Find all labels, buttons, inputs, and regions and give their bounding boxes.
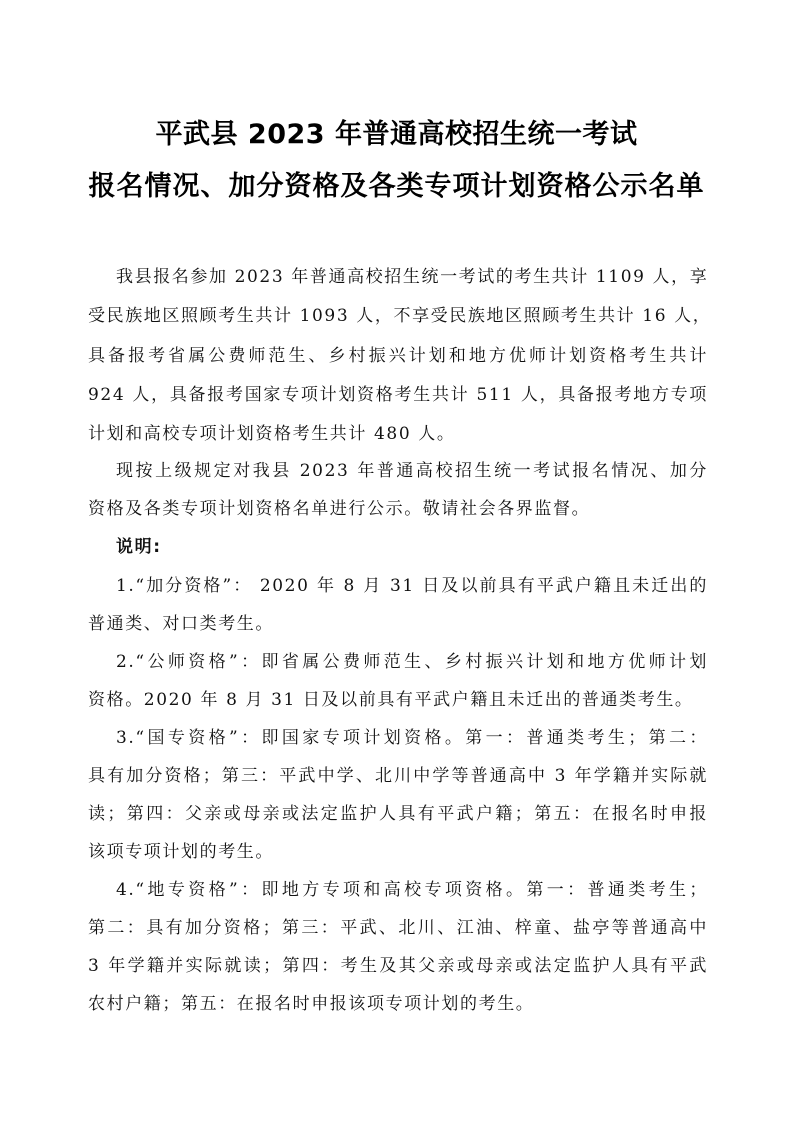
note-line: 该项专项计划的考生。: [88, 841, 708, 863]
note-line: 农村户籍；第五：在报名时申报该项专项计划的考生。: [88, 993, 708, 1015]
document-title-line-2: 报名情况、加分资格及各类专项计划资格公示名单: [0, 164, 793, 203]
note-line: 第二：具有加分资格；第三：平武、北川、江油、梓童、盐亭等普通高中: [88, 917, 708, 939]
note-line: 2.“公师资格”：即省属公费师范生、乡村振兴计划和地方优师计划: [116, 651, 708, 673]
summary-line: 我县报名参加 2023 年普通高校招生统一考试的考生共计 1109 人，享: [116, 266, 708, 288]
summary-line: 具备报考省属公费师范生、乡村振兴计划和地方优师计划资格考生共计: [88, 345, 708, 367]
note-line: 普通类、对口类考生。: [88, 613, 708, 635]
note-line: 3.“国专资格”：即国家专项计划资格。第一：普通类考生；第二：: [116, 727, 708, 749]
note-line: 4.“地专资格”：即地方专项和高校专项资格。第一：普通类考生；: [116, 879, 708, 901]
summary-line: 受民族地区照顾考生共计 1093 人，不享受民族地区照顾考生共计 16 人，: [88, 305, 708, 327]
note-line: 资格。2020 年 8 月 31 日及以前具有平武户籍且未迁出的普通类考生。: [88, 689, 708, 711]
note-line: 读；第四：父亲或母亲或法定监护人具有平武户籍；第五：在报名时申报: [88, 803, 708, 825]
note-line: 具有加分资格；第三：平武中学、北川中学等普通高中 3 年学籍并实际就: [88, 765, 708, 787]
announcement-line: 资格及各类专项计划资格名单进行公示。敬请社会各界监督。: [88, 498, 708, 520]
document-title-line-1: 平武县 2023 年普通高校招生统一考试: [0, 112, 793, 151]
summary-line: 924 人，具备报考国家专项计划资格考生共计 511 人，具备报考地方专项: [88, 384, 708, 406]
announcement-line: 现按上级规定对我县 2023 年普通高校招生统一考试报名情况、加分: [116, 460, 708, 482]
summary-line: 计划和高校专项计划资格考生共计 480 人。: [88, 423, 708, 445]
notes-heading: 说明:: [116, 536, 708, 558]
note-line: 3 年学籍并实际就读；第四：考生及其父亲或母亲或法定监护人具有平武: [88, 955, 708, 977]
note-line: 1.“加分资格”： 2020 年 8 月 31 日及以前具有平武户籍且未迁出的: [116, 575, 708, 597]
